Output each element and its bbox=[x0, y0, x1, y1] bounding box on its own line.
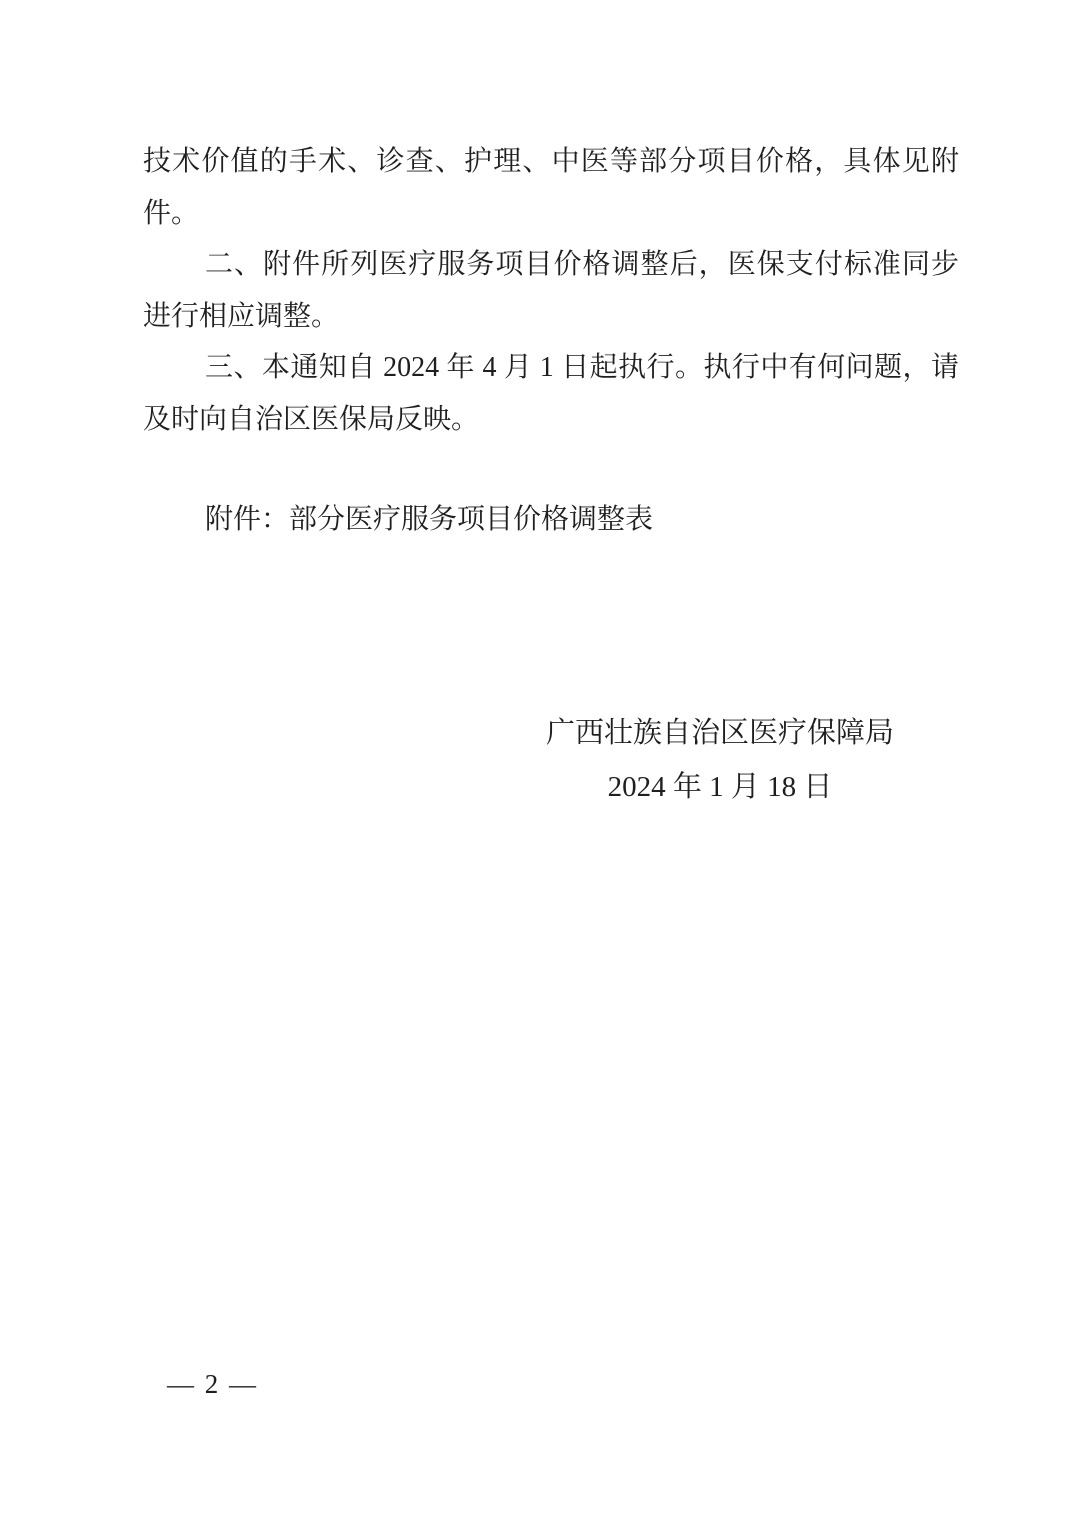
signature-date: 2024 年 1 月 18 日 bbox=[417, 760, 1023, 814]
body-line: 进行相应调整。 bbox=[143, 291, 959, 343]
body-line: 三、本通知自 2024 年 4 月 1 日起执行。执行中有何问题，请 bbox=[143, 342, 959, 394]
signature-block: 广西壮族自治区医疗保障局 2024 年 1 月 18 日 bbox=[417, 706, 1023, 814]
blank-line bbox=[143, 446, 959, 494]
document-body: 技术价值的手术、诊查、护理、中医等部分项目价格，具体见附 件。 二、附件所列医疗… bbox=[143, 136, 959, 545]
body-line: 技术价值的手术、诊查、护理、中医等部分项目价格，具体见附 bbox=[143, 136, 959, 188]
body-line: 件。 bbox=[143, 188, 959, 240]
attachment-line: 附件：部分医疗服务项目价格调整表 bbox=[143, 494, 959, 546]
body-line: 及时向自治区医保局反映。 bbox=[143, 394, 959, 446]
page-number: — 2 — bbox=[167, 1367, 256, 1401]
signature-issuer: 广西壮族自治区医疗保障局 bbox=[417, 706, 1023, 760]
body-line: 二、附件所列医疗服务项目价格调整后，医保支付标准同步 bbox=[143, 239, 959, 291]
